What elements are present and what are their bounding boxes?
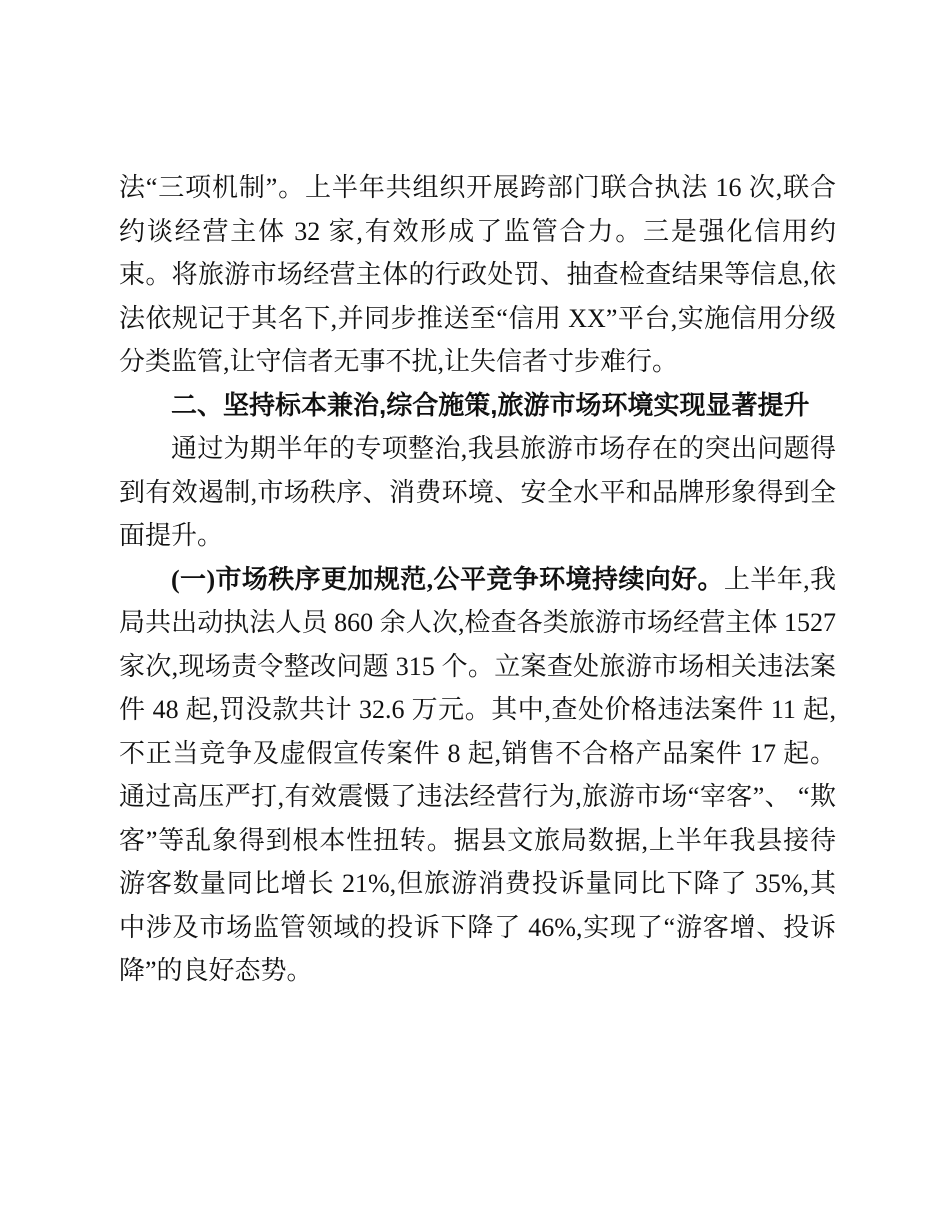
document-text-block: 法“三项机制”。上半年共组织开展跨部门联合执法 16 次,联合约谈经营主体 32… [119,166,836,993]
paragraph-continuation: 法“三项机制”。上半年共组织开展跨部门联合执法 16 次,联合约谈经营主体 32… [119,166,836,384]
subsection-body: 上半年,我局共出动执法人员 860 余人次,检查各类旅游市场经营主体 1527 … [119,565,836,986]
section-heading: 二、坚持标本兼治,综合施策,旅游市场环境实现显著提升 [119,384,836,428]
document-page: 法“三项机制”。上半年共组织开展跨部门联合执法 16 次,联合约谈经营主体 32… [0,0,950,1230]
paragraph-market-order: (一)市场秩序更加规范,公平竞争环境持续向好。上半年,我局共出动执法人员 860… [119,558,836,993]
paragraph-overview: 通过为期半年的专项整治,我县旅游市场存在的突出问题得到有效遏制,市场秩序、消费环… [119,427,836,558]
subsection-lead: (一)市场秩序更加规范,公平竞争环境持续向好。 [171,565,724,594]
